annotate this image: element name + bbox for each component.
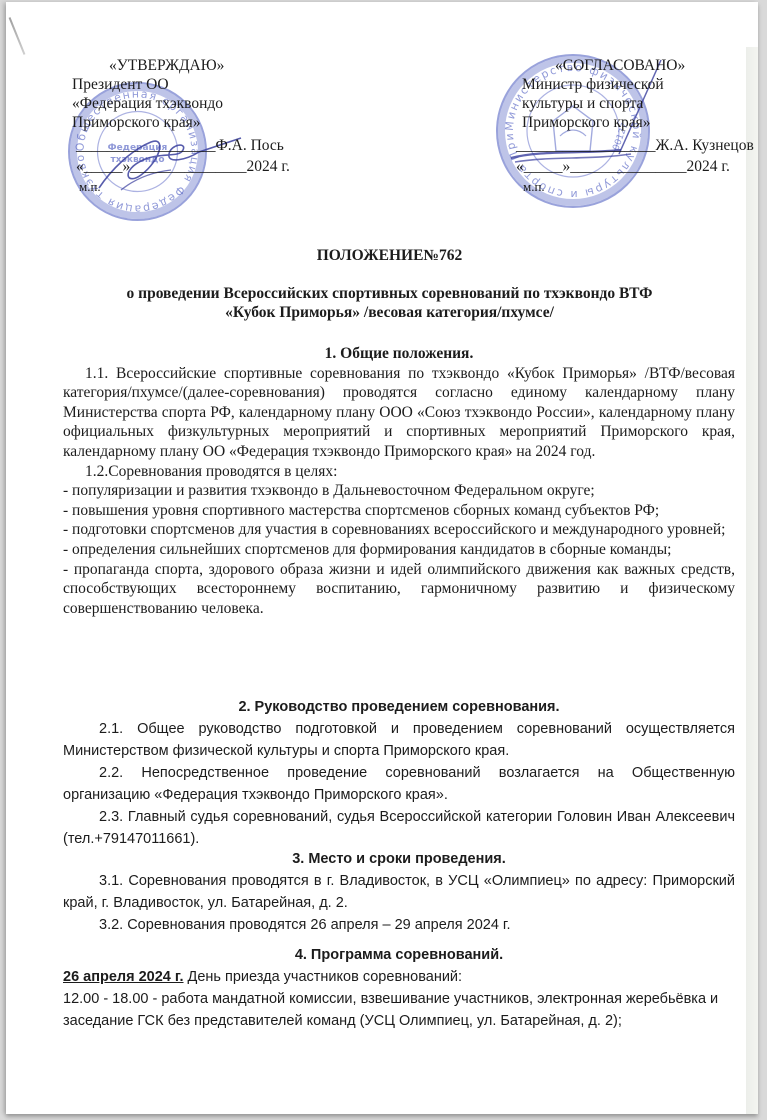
agreed-position-line1: Министр физической — [522, 75, 664, 94]
program-day-1-item: 12.00 - 18.00 - работа мандатной комисси… — [63, 988, 735, 1032]
program-day-1-date: 26 апреля 2024 г. — [63, 969, 184, 985]
approve-date-line: «_____»_______________2024 г. — [76, 157, 290, 176]
paragraph-2-3: 2.3. Главный судья соревнований, судья В… — [63, 806, 735, 850]
document-page: Общественная организация Федерация тхэкв… — [6, 2, 758, 1114]
goal-item: - пропаганда спорта, здорового образа жи… — [63, 560, 735, 619]
page-edge-shadow — [746, 47, 758, 1114]
approve-heading: «УТВЕРЖДАЮ» — [109, 56, 224, 75]
approve-seal-label: м.п. — [79, 179, 101, 195]
paragraph-3-2: 3.2. Соревнования проводятся 26 апреля –… — [63, 914, 735, 936]
agreed-seal-label: м.п. — [523, 179, 545, 195]
document-subtitle-line1: о проведении Всероссийских спортивных со… — [6, 285, 758, 303]
goal-item: - повышения уровня спортивного мастерств… — [63, 501, 735, 521]
approve-signature-line: __________________Ф.А. Пось — [76, 136, 284, 155]
paragraph-2-1: 2.1. Общее руководство подготовкой и про… — [63, 718, 735, 762]
paragraph-2-2: 2.2. Непосредственное проведение соревно… — [63, 762, 735, 806]
agreed-signature-line: __________________Ж.А. Кузнецов — [516, 136, 754, 155]
paragraph-3-1: 3.1. Соревнования проводятся в г. Владив… — [63, 870, 735, 914]
section-1: 1. Общие положения. 1.1. Всероссийские с… — [63, 344, 735, 618]
document-subtitle-line2: «Кубок Приморья» /весовая категория/пхум… — [6, 304, 758, 322]
goal-item: - подготовки спортсменов для участия в с… — [63, 520, 735, 540]
document-title: ПОЛОЖЕНИЕ№762 — [6, 247, 758, 265]
agreed-heading: «СОГЛАСОВАНО» — [555, 56, 685, 75]
goal-item: - определения сильнейших спортсменов для… — [63, 540, 735, 560]
approve-position: Президент ОО — [72, 75, 169, 94]
section-4: 4. Программа соревнований. 26 апреля 202… — [63, 944, 735, 1032]
approve-org-line1: «Федерация тхэквондо — [72, 94, 223, 113]
program-day-1-title: День приезда участников соревнований: — [184, 969, 463, 985]
agreed-position-line2: культуры и спорта — [522, 94, 643, 113]
approve-org-line2: Приморского края» — [72, 113, 201, 132]
section-1-heading: 1. Общие положения. — [63, 344, 735, 364]
section-3: 3. Место и сроки проведения. 3.1. Соревн… — [63, 848, 735, 936]
pencil-mark — [9, 17, 26, 55]
goal-item: - популяризации и развития тхэквондо в Д… — [63, 481, 735, 501]
section-3-heading: 3. Место и сроки проведения. — [63, 848, 735, 870]
section-4-heading: 4. Программа соревнований. — [63, 944, 735, 966]
agreed-date-line: «_____»_______________2024 г. — [516, 157, 730, 176]
paragraph-1-2: 1.2.Соревнования проводятся в целях: — [63, 462, 735, 482]
paragraph-1-1: 1.1. Всероссийские спортивные соревнован… — [63, 364, 735, 462]
section-2: 2. Руководство проведением соревнования.… — [63, 696, 735, 850]
program-day-1: 26 апреля 2024 г. День приезда участнико… — [63, 966, 735, 988]
section-2-heading: 2. Руководство проведением соревнования. — [63, 696, 735, 718]
agreed-position-line3: Приморского края» — [522, 113, 651, 132]
